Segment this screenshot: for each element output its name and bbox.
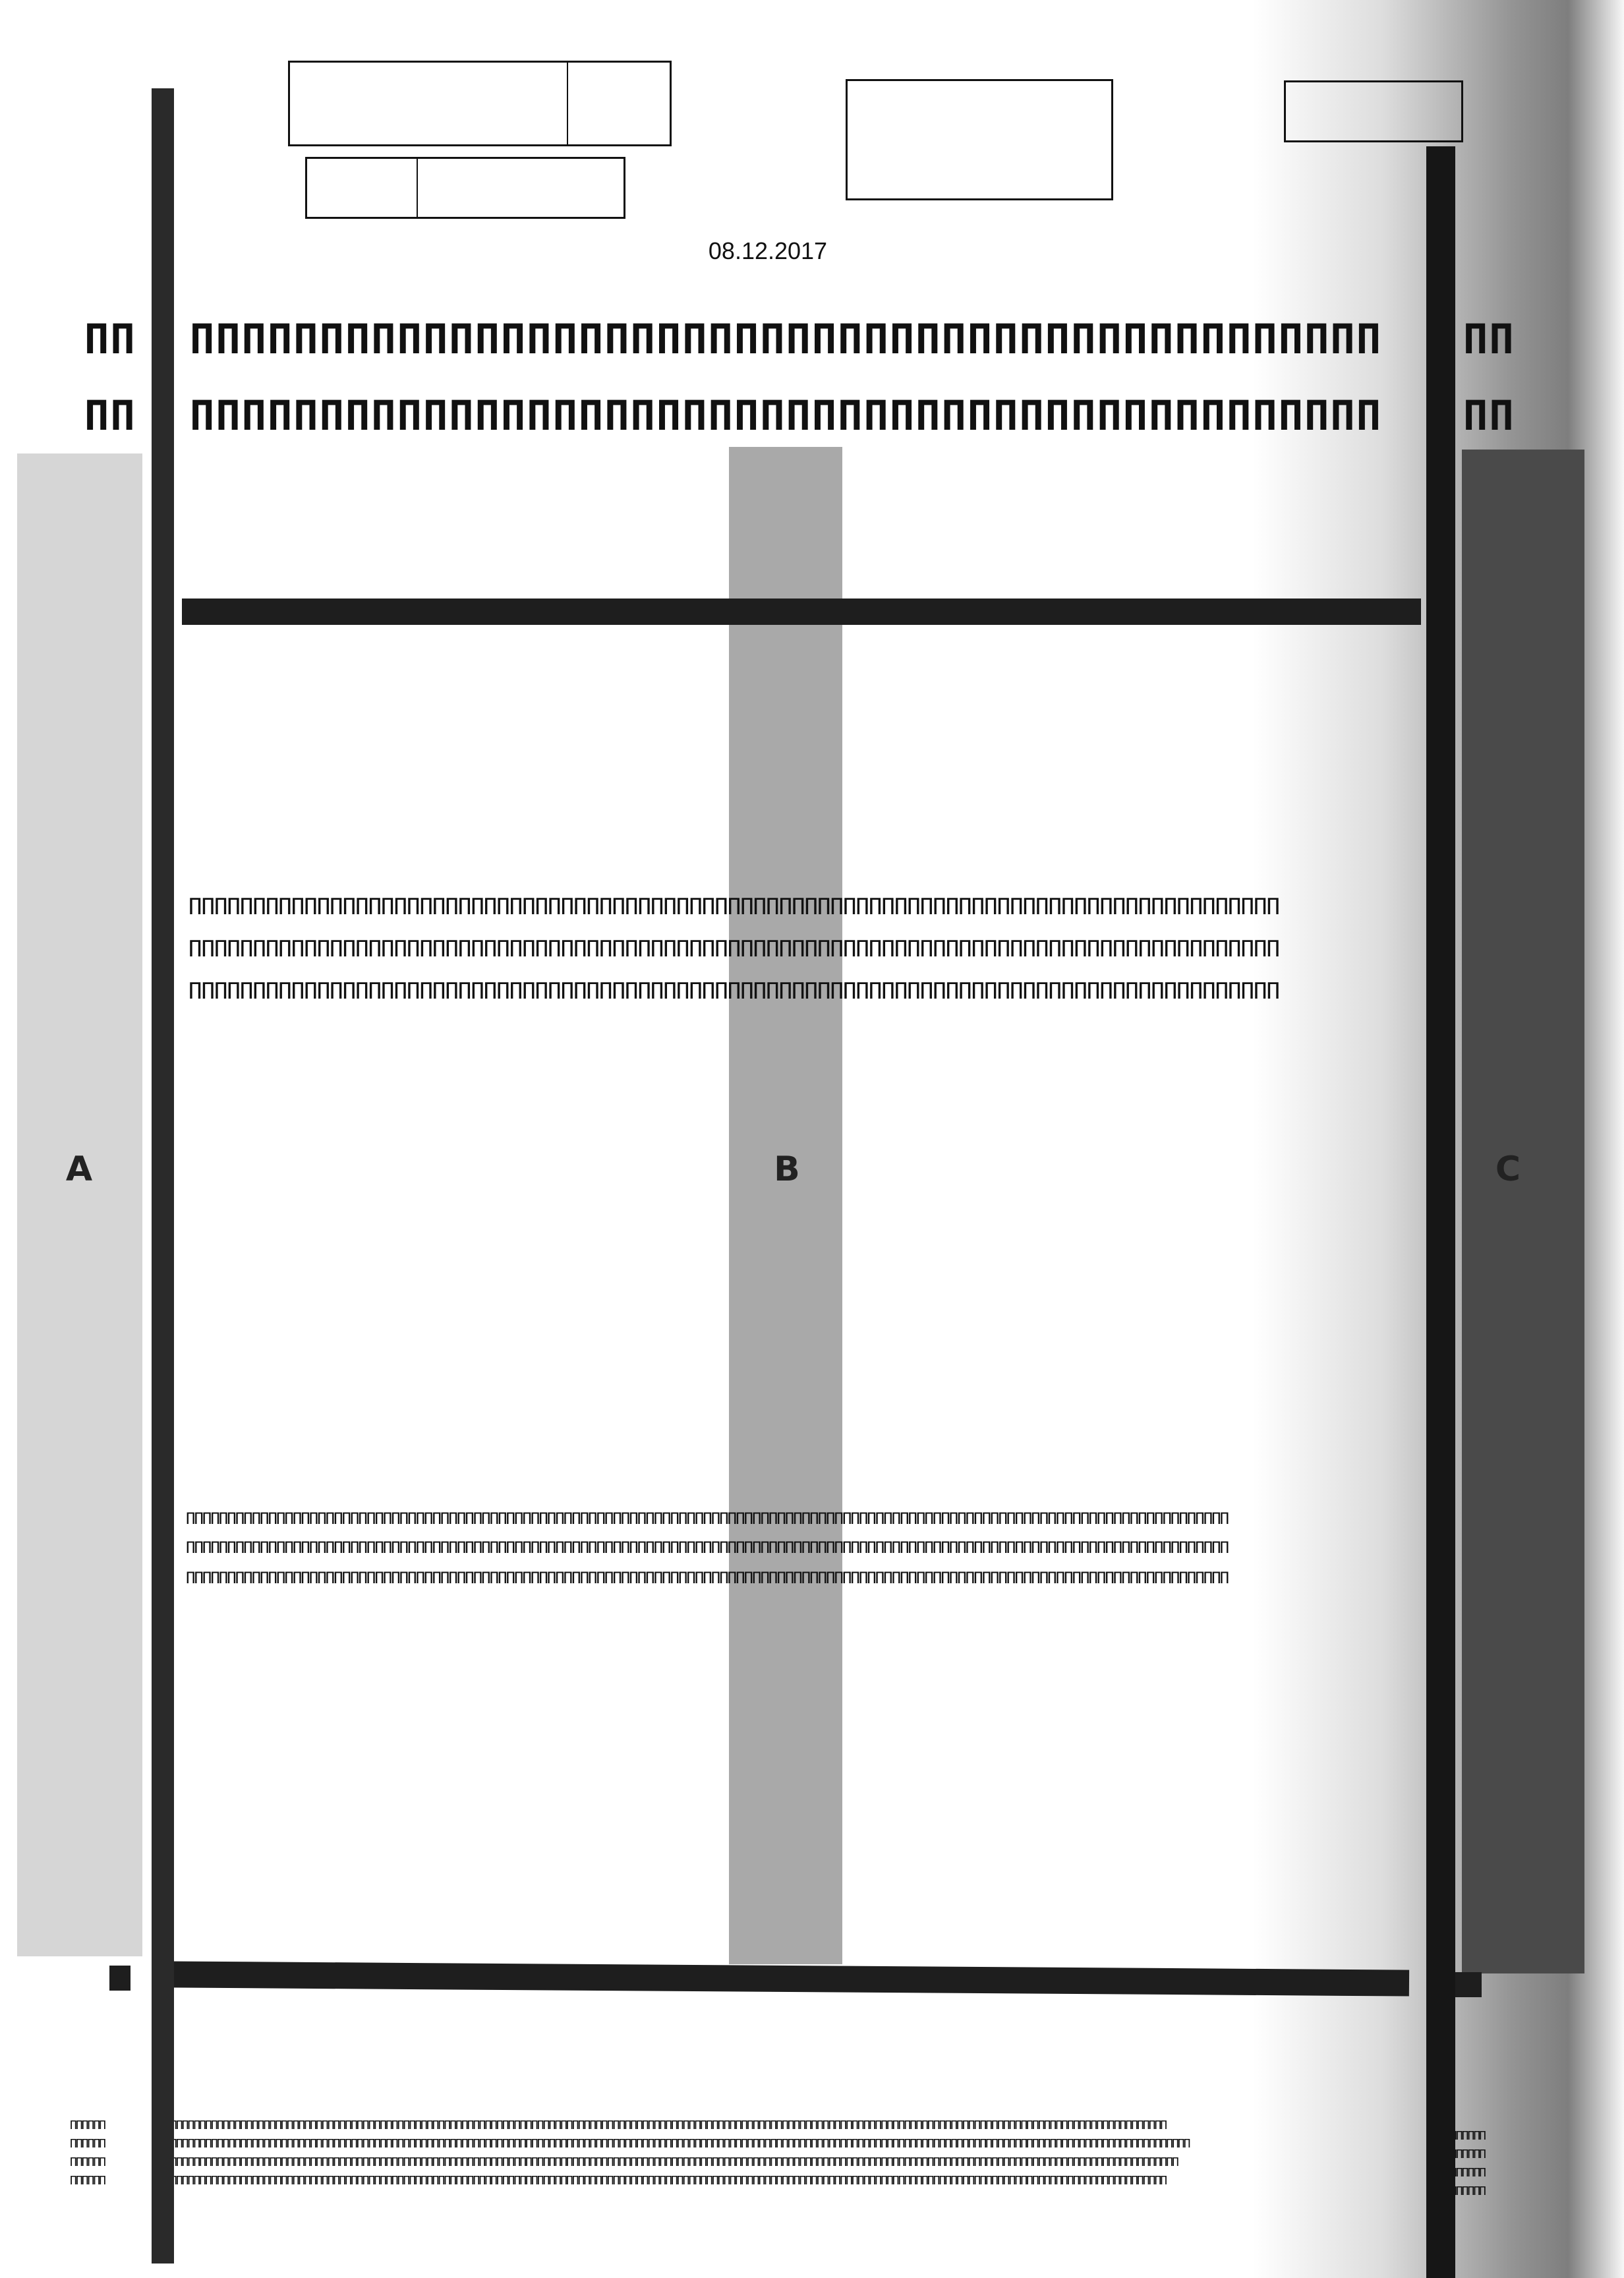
- header-box-3: [846, 79, 1113, 200]
- bottom-band-right-tab: [1455, 1972, 1482, 1997]
- footer-row-1-main: ПППППППППППППППППППППППППППППППППППППППП…: [170, 2118, 1406, 2133]
- top-band: [182, 599, 1421, 625]
- bottom-band: [170, 1961, 1409, 1996]
- heading-row-2-left: ПП: [84, 393, 150, 439]
- footer-row-2-right: ПППППП: [1450, 2147, 1513, 2162]
- column-c-label: C: [1488, 1150, 1528, 1189]
- paragraph-2-line-2: ПППППППППППППППППППППППППППППППППППППППП…: [186, 1538, 1413, 1557]
- left-rail: [152, 88, 174, 2263]
- paragraph-1-line-2: ПППППППППППППППППППППППППППППППППППППППП…: [188, 936, 1418, 962]
- right-rail: [1426, 146, 1455, 2278]
- header-box-4: [1284, 80, 1463, 142]
- footer-row-3-left: ПППППП: [70, 2155, 133, 2170]
- footer-row-4-right: ПППППП: [1450, 2184, 1513, 2199]
- paragraph-1-line-3: ПППППППППППППППППППППППППППППППППППППППП…: [188, 978, 1418, 1005]
- bottom-band-left-tab: [109, 1966, 130, 1991]
- document-date: 08.12.2017: [659, 237, 877, 265]
- footer-row-3-main: ПППППППППППППППППППППППППППППППППППППППП…: [170, 2155, 1406, 2170]
- column-c: [1462, 450, 1584, 1973]
- footer-row-1-left: ПППППП: [70, 2118, 133, 2133]
- header-box-2: [305, 157, 625, 219]
- footer-row-3-right: ПППППП: [1450, 2166, 1513, 2180]
- column-b-label: B: [767, 1150, 807, 1189]
- header-box-1-divider: [567, 63, 568, 144]
- heading-row-1-right: ПП: [1463, 316, 1542, 363]
- heading-row-1-main: ПППППППППППППППППППППППППППППППППППППППП…: [190, 316, 1422, 363]
- column-a: [17, 453, 142, 1956]
- header-box-1: [288, 61, 672, 146]
- heading-row-2-main: ПППППППППППППППППППППППППППППППППППППППП…: [190, 393, 1422, 439]
- column-a-label: A: [59, 1150, 99, 1189]
- paragraph-1-line-1: ПППППППППППППППППППППППППППППППППППППППП…: [188, 894, 1418, 920]
- column-b: [729, 447, 842, 1964]
- heading-row-2-right: ПП: [1463, 393, 1542, 439]
- footer-row-4-left: ПППППП: [70, 2174, 133, 2188]
- footer-row-2-main: ПППППППППППППППППППППППППППППППППППППППП…: [170, 2137, 1406, 2151]
- header-box-2-divider: [417, 159, 418, 217]
- paragraph-2-line-1: ПППППППППППППППППППППППППППППППППППППППП…: [186, 1509, 1413, 1528]
- heading-row-1-left: ПП: [84, 316, 150, 363]
- footer-row-4-main: ПППППППППППППППППППППППППППППППППППППППП…: [170, 2174, 1406, 2188]
- paragraph-2-line-3: ПППППППППППППППППППППППППППППППППППППППП…: [186, 1569, 1413, 1587]
- footer-row-2-left: ПППППП: [70, 2137, 133, 2151]
- footer-row-1-right: ПППППП: [1450, 2129, 1513, 2144]
